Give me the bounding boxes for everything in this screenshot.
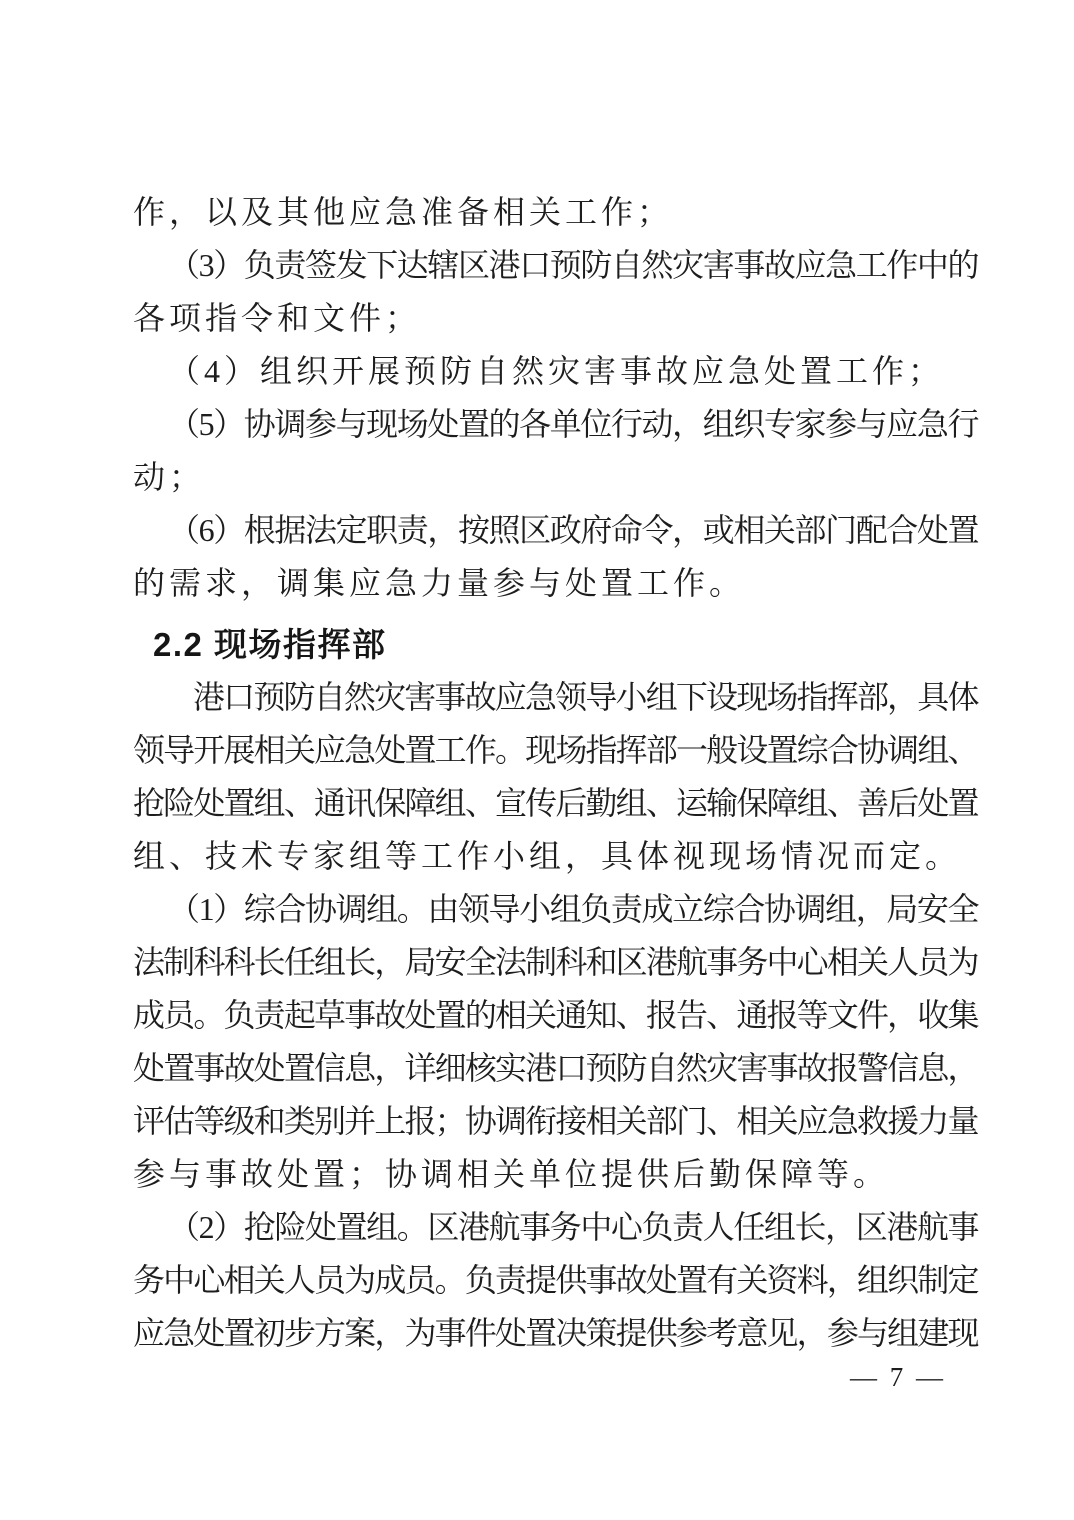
text-line: 成员。负责起草事故处置的相关通知、报告、通报等文件，收集 [133,989,977,1042]
text-line: 各项指令和文件； [133,292,977,345]
text-column: 作，以及其他应急准备相关工作； （3）负责签发下达辖区港口预防自然灾害事故应急工… [133,186,977,1360]
text-line: （2）抢险处置组。区港航事务中心负责人任组长，区港航事 [133,1201,977,1254]
text-line: 抢险处置组、通讯保障组、宣传后勤组、运输保障组、善后处置 [133,777,977,830]
paragraph-item-4: （4）组织开展预防自然灾害事故应急处置工作； [133,345,977,398]
paragraph-group-1: （1）综合协调组。由领导小组负责成立综合协调组，局安全 法制科科长任组长，局安全… [133,883,977,1201]
text-line: 领导开展相关应急处置工作。现场指挥部一般设置综合协调组、 [133,724,977,777]
text-line: 港口预防自然灾害事故应急领导小组下设现场指挥部，具体 [133,671,977,724]
text-line: （6）根据法定职责，按照区政府命令，或相关部门配合处置 [133,504,977,557]
page-number: — 7 — [850,1362,946,1393]
paragraph-group-2: （2）抢险处置组。区港航事务中心负责人任组长，区港航事 务中心相关人员为成员。负… [133,1201,977,1360]
text-line: 处置事故处置信息，详细核实港口预防自然灾害事故报警信息， [133,1042,977,1095]
paragraph-item-6: （6）根据法定职责，按照区政府命令，或相关部门配合处置 的需求，调集应急力量参与… [133,504,977,610]
document-page: 作，以及其他应急准备相关工作； （3）负责签发下达辖区港口预防自然灾害事故应急工… [0,0,1074,1520]
text-line: 评估等级和类别并上报；协调衔接相关部门、相关应急救援力量 [133,1095,977,1148]
paragraph-item-3: （3）负责签发下达辖区港口预防自然灾害事故应急工作中的 各项指令和文件； [133,239,977,345]
section-heading: 2.2 现场指挥部 [133,618,977,671]
text-line: 参与事故处置；协调相关单位提供后勤保障等。 [133,1148,977,1201]
text-line: （3）负责签发下达辖区港口预防自然灾害事故应急工作中的 [133,239,977,292]
text-line: 作，以及其他应急准备相关工作； [133,186,977,239]
paragraph-command-post: 港口预防自然灾害事故应急领导小组下设现场指挥部，具体 领导开展相关应急处置工作。… [133,671,977,883]
text-line: 的需求，调集应急力量参与处置工作。 [133,557,977,610]
text-line: 务中心相关人员为成员。负责提供事故处置有关资料，组织制定 [133,1254,977,1307]
text-line: 法制科科长任组长，局安全法制科和区港航事务中心相关人员为 [133,936,977,989]
paragraph-continuation: 作，以及其他应急准备相关工作； [133,186,977,239]
text-line: （5）协调参与现场处置的各单位行动，组织专家参与应急行 [133,398,977,451]
text-line: （1）综合协调组。由领导小组负责成立综合协调组，局安全 [133,883,977,936]
text-line: （4）组织开展预防自然灾害事故应急处置工作； [133,345,977,398]
paragraph-item-5: （5）协调参与现场处置的各单位行动，组织专家参与应急行 动； [133,398,977,504]
text-line: 动； [133,451,977,504]
text-line: 应急处置初步方案，为事件处置决策提供参考意见，参与组建现 [133,1307,977,1360]
text-line: 组、技术专家组等工作小组，具体视现场情况而定。 [133,830,977,883]
